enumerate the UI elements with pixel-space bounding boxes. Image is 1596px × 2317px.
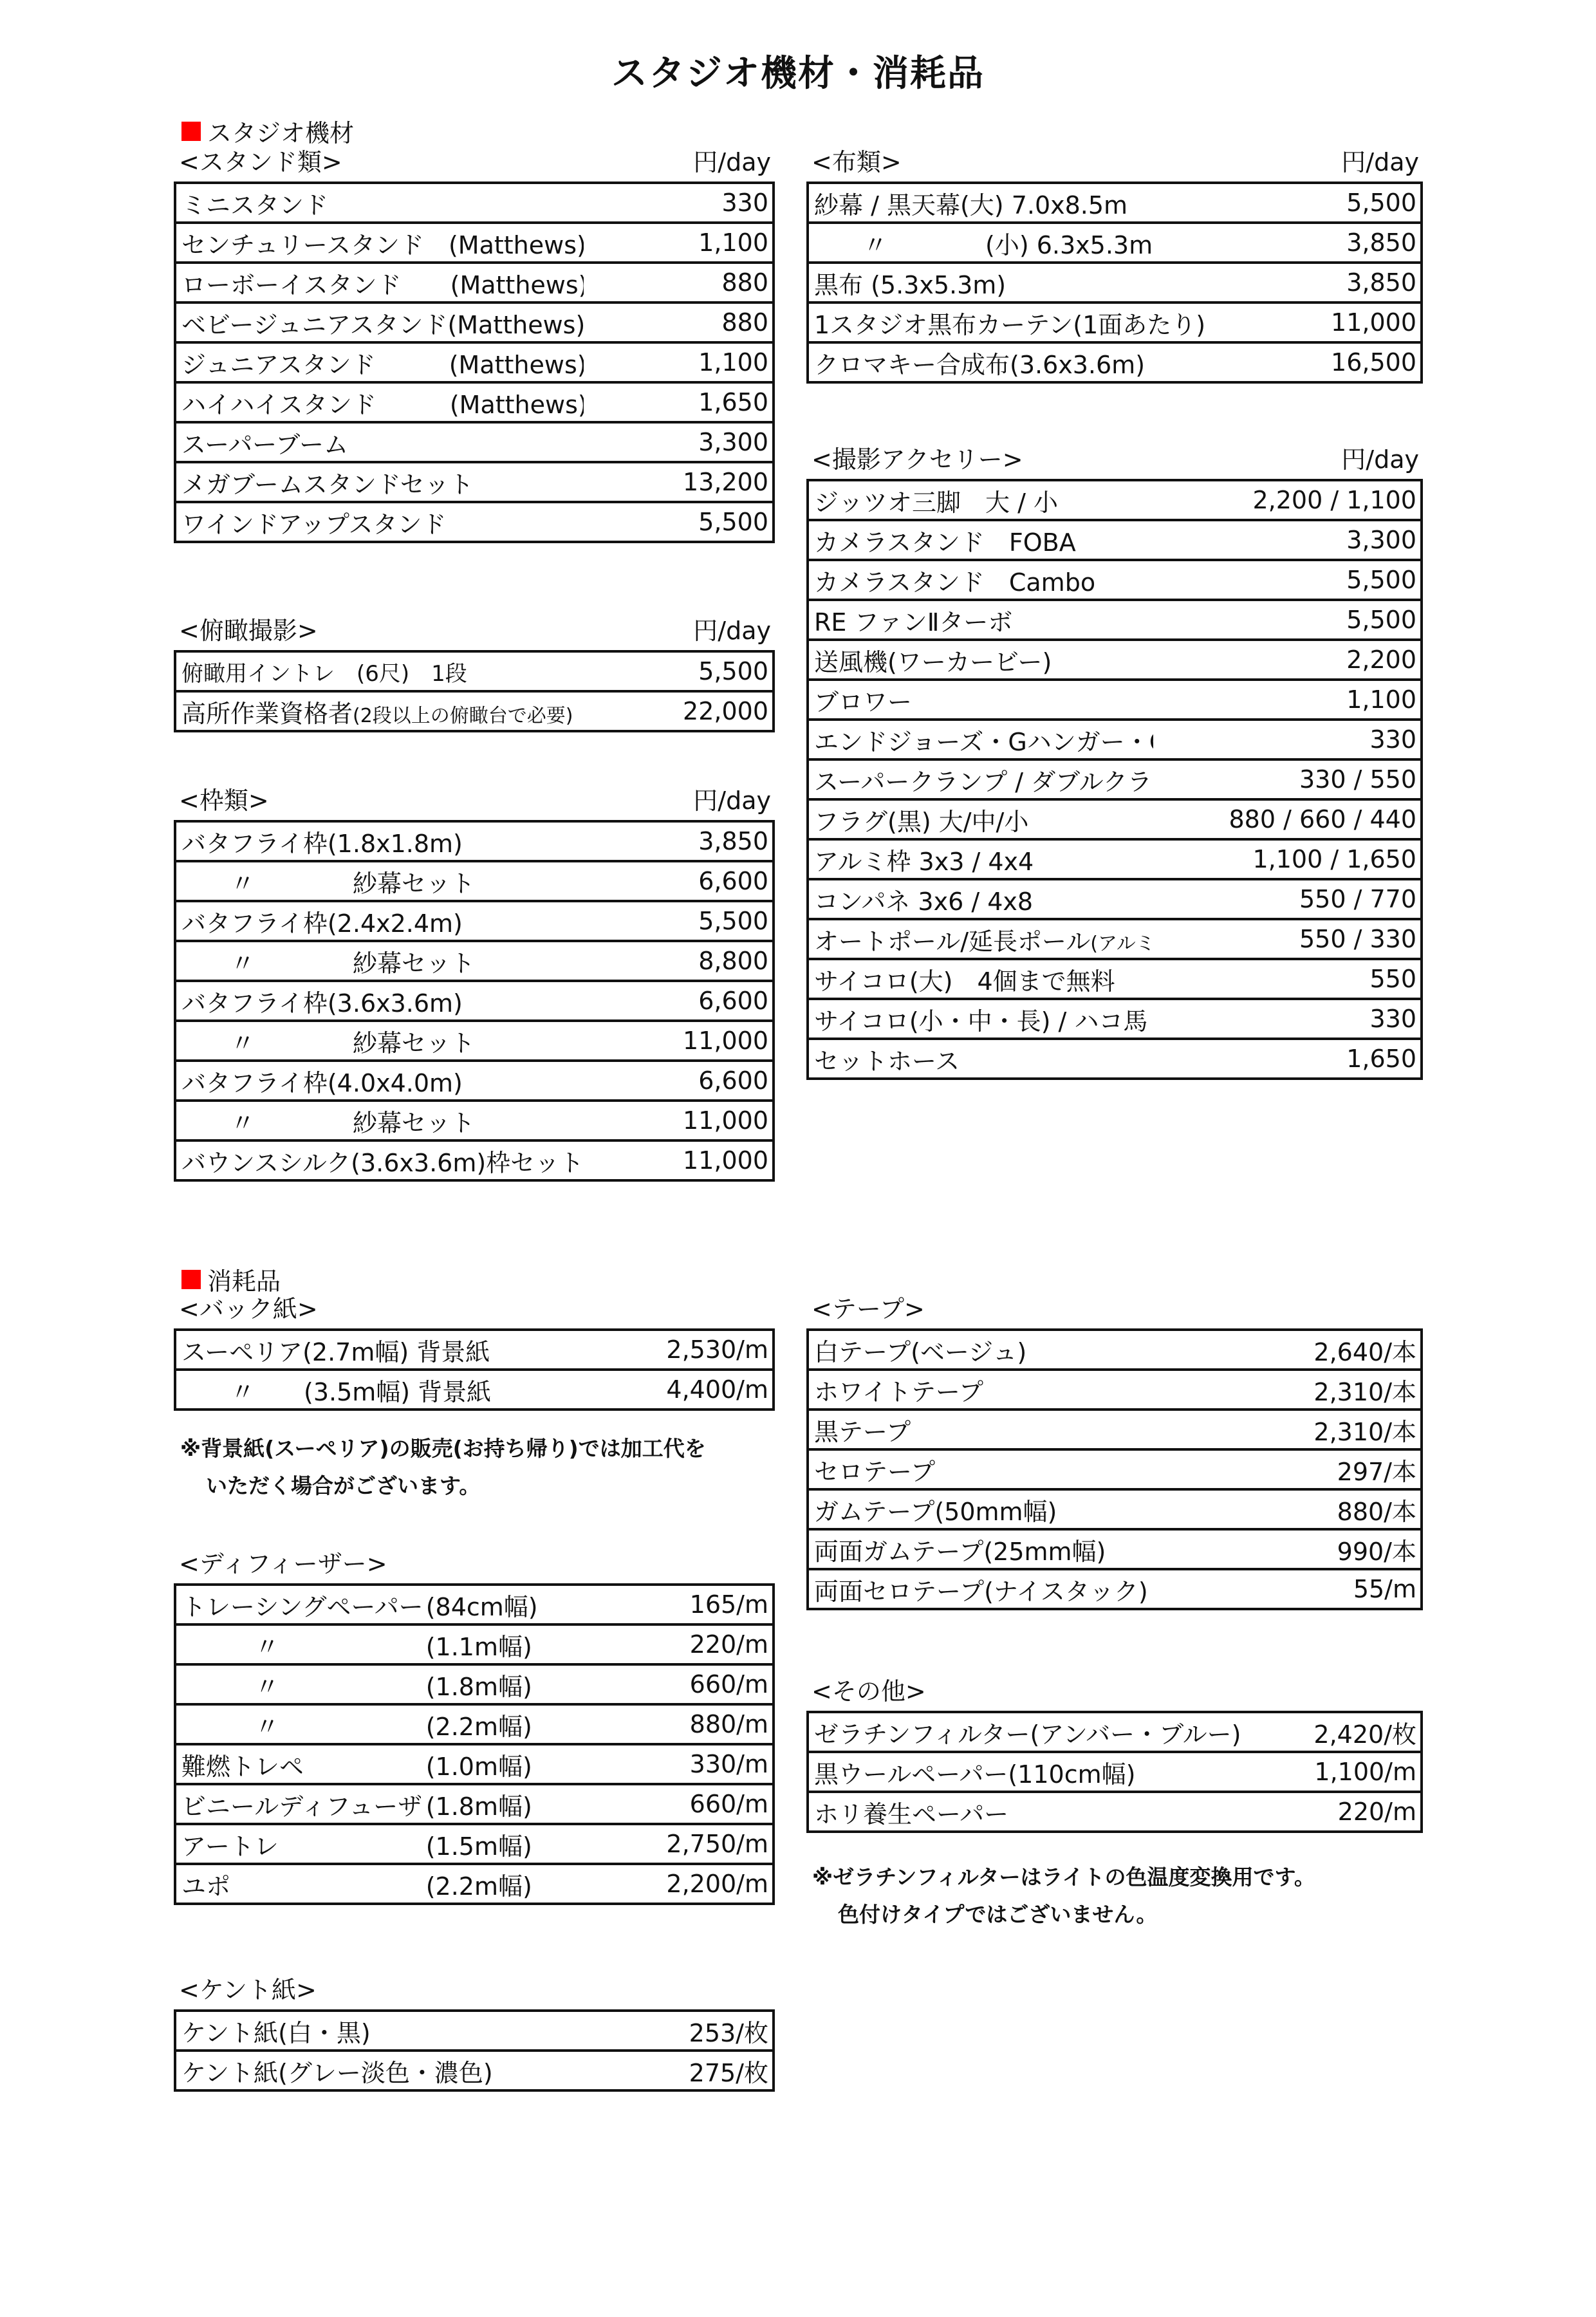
item-price: 880 bbox=[584, 302, 774, 342]
item-name: 〃 bbox=[175, 1704, 421, 1744]
table-row: フラグ(黒) 大/中/小880 / 660 / 440 bbox=[808, 799, 1422, 839]
table-heading: <その他> bbox=[812, 1671, 926, 1707]
table-row: セットホース1,650 bbox=[808, 1039, 1422, 1079]
item-name: バタフライ枠(2.4x2.4m) bbox=[175, 901, 584, 941]
unit-label: 円/day bbox=[1341, 142, 1419, 178]
table-row: RE ファンⅡターボ5,500 bbox=[808, 600, 1422, 640]
table-header: <枠類> 円/day bbox=[174, 786, 775, 820]
item-price: 5,500 bbox=[584, 502, 774, 542]
table-row: 送風機(ワーカービー)2,200 bbox=[808, 640, 1422, 680]
unit-label: 円/day bbox=[693, 781, 771, 816]
item-name: メガブームスタンドセット bbox=[175, 462, 584, 502]
item-name: クロマキー合成布(3.6x3.6m) bbox=[808, 342, 1227, 382]
table-heading: <バック紙> bbox=[179, 1289, 318, 1325]
item-name: スーパークランプ / ダブルクランプ bbox=[808, 759, 1153, 799]
table-row: ベビージュニアスタンド(Matthews)880 bbox=[175, 302, 774, 342]
item-price: 11,000 bbox=[584, 1140, 774, 1180]
frames-block: <枠類> 円/day バタフライ枠(1.8x1.8m)3,850 〃 紗幕セット… bbox=[174, 786, 775, 1182]
item-price: 5,500 bbox=[1227, 183, 1422, 223]
table-heading: <布類> bbox=[812, 142, 902, 178]
table-row: 〃 紗幕セット11,000 bbox=[175, 1101, 774, 1140]
table-row: クロマキー合成布(3.6x3.6m)16,500 bbox=[808, 342, 1422, 382]
item-price: 6,600 bbox=[584, 1061, 774, 1101]
item-price: 880 bbox=[584, 263, 774, 302]
item-price: 2,200 / 1,100 bbox=[1153, 480, 1422, 520]
item-price: 330 / 550 bbox=[1153, 759, 1422, 799]
item-price: 6,600 bbox=[584, 981, 774, 1021]
item-name: サイコロ(小・中・長) / ハコ馬 4個まで無料 bbox=[808, 999, 1153, 1039]
item-name: バタフライ枠(4.0x4.0m) bbox=[175, 1061, 584, 1101]
item-price: 1,650 bbox=[584, 382, 774, 422]
item-price: 330 bbox=[584, 183, 774, 223]
table-header: <俯瞰撮影> 円/day bbox=[174, 617, 775, 650]
item-name: ジュニアスタンド (Matthews) bbox=[175, 342, 584, 382]
table-row: カメラスタンド Cambo5,500 bbox=[808, 560, 1422, 600]
item-size: (84cm幅) bbox=[421, 1585, 592, 1624]
table-row: スーパーブーム3,300 bbox=[175, 422, 774, 462]
table-row: ケント紙(グレー淡色・濃色)275/枚 bbox=[175, 2051, 774, 2090]
table-row: 高所作業資格者(2段以上の俯瞰台で必要)22,000 bbox=[175, 691, 774, 731]
item-name: ベビージュニアスタンド(Matthews) bbox=[175, 302, 584, 342]
tape-block: <テープ> 白テープ(ベージュ)2,640/本 ホワイトテープ2,310/本 黒… bbox=[806, 1295, 1423, 1610]
item-price: 5,500 bbox=[1153, 560, 1422, 600]
table-heading: <スタンド類> bbox=[179, 142, 342, 178]
table-header: <ケント紙> bbox=[174, 1976, 775, 2009]
item-name-note: (2段以上の俯瞰台で必要) bbox=[353, 705, 573, 727]
table-row: ホリ養生ペーパー220/m bbox=[808, 1792, 1422, 1832]
table-header: <ディフィーザー> bbox=[174, 1550, 775, 1583]
note-line: いただく場合がございます。 bbox=[180, 1467, 706, 1505]
item-name: ジッツオ三脚 大 / 小 bbox=[808, 480, 1153, 520]
item-name: 白テープ(ベージュ) bbox=[808, 1330, 1227, 1370]
item-price: 330 bbox=[1153, 720, 1422, 759]
item-name: 〃 紗幕セット bbox=[175, 861, 584, 901]
table-row: ハイハイスタンド (Matthews)1,650 bbox=[175, 382, 774, 422]
item-name-main: 高所作業資格者 bbox=[181, 700, 353, 728]
item-price: 1,100 / 1,650 bbox=[1153, 839, 1422, 879]
item-price: 220/m bbox=[592, 1624, 774, 1664]
page-title: スタジオ機材・消耗品 bbox=[0, 45, 1596, 97]
item-price: 55/m bbox=[1227, 1569, 1422, 1609]
table-header: <バック紙> bbox=[174, 1295, 775, 1328]
item-name: 両面ガムテープ(25mm幅) bbox=[808, 1529, 1227, 1569]
frames-table: バタフライ枠(1.8x1.8m)3,850 〃 紗幕セット6,600 バタフライ… bbox=[174, 820, 775, 1182]
table-row: ワインドアップスタンド5,500 bbox=[175, 502, 774, 542]
table-row: エンドジョーズ・Gハンガー・Cクランプ330 bbox=[808, 720, 1422, 759]
item-price: 550 / 770 bbox=[1153, 879, 1422, 919]
item-price: 253/枚 bbox=[584, 2011, 774, 2051]
tape-table: 白テープ(ベージュ)2,640/本 ホワイトテープ2,310/本 黒テープ2,3… bbox=[806, 1328, 1423, 1610]
item-name: 黒ウールペーパー(110cm幅) bbox=[808, 1752, 1288, 1792]
item-name: セットホース bbox=[808, 1039, 1153, 1079]
table-row: ジッツオ三脚 大 / 小2,200 / 1,100 bbox=[808, 480, 1422, 520]
item-price: 990/本 bbox=[1227, 1529, 1422, 1569]
item-size: (1.8m幅) bbox=[421, 1664, 592, 1704]
item-name-note: (アルミ2m) bbox=[1090, 933, 1153, 955]
table-heading: <テープ> bbox=[812, 1289, 925, 1325]
table-row: ブロワー1,100 bbox=[808, 680, 1422, 720]
red-square-marker-icon bbox=[181, 1270, 201, 1289]
item-name: コンパネ 3x6 / 4x8 bbox=[808, 879, 1153, 919]
item-name: ユポ bbox=[175, 1864, 421, 1904]
item-price: 4,400/m bbox=[584, 1370, 774, 1410]
table-row: 〃 (小) 6.3x5.3m3,850 bbox=[808, 223, 1422, 263]
item-name: 難燃トレペ bbox=[175, 1744, 421, 1784]
item-name: アートレ bbox=[175, 1824, 421, 1864]
backpaper-table: スーペリア(2.7m幅) 背景紙2,530/m 〃 (3.5m幅) 背景紙4,4… bbox=[174, 1328, 775, 1411]
table-row: アートレ(1.5m幅)2,750/m bbox=[175, 1824, 774, 1864]
item-price: 660/m bbox=[592, 1784, 774, 1824]
item-name: 1スタジオ黒布カーテン(1面あたり) bbox=[808, 302, 1227, 342]
item-size: (1.8m幅) bbox=[421, 1784, 592, 1824]
unit-label: 円/day bbox=[693, 611, 771, 646]
table-row: ユポ(2.2m幅)2,200/m bbox=[175, 1864, 774, 1904]
item-name: 紗幕 / 黒天幕(大) 7.0x8.5m bbox=[808, 183, 1227, 223]
accessories-block: <撮影アクセリー> 円/day ジッツオ三脚 大 / 小2,200 / 1,10… bbox=[806, 445, 1423, 1080]
item-price: 2,420/枚 bbox=[1288, 1712, 1422, 1752]
table-row: 難燃トレペ(1.0m幅)330/m bbox=[175, 1744, 774, 1784]
item-price: 2,310/本 bbox=[1227, 1370, 1422, 1410]
item-name: 〃 (3.5m幅) 背景紙 bbox=[175, 1370, 584, 1410]
table-row: スーペリア(2.7m幅) 背景紙2,530/m bbox=[175, 1330, 774, 1370]
table-row: 紗幕 / 黒天幕(大) 7.0x8.5m5,500 bbox=[808, 183, 1422, 223]
table-row: 白テープ(ベージュ)2,640/本 bbox=[808, 1330, 1422, 1370]
item-size: (1.1m幅) bbox=[421, 1624, 592, 1664]
table-row: 黒テープ2,310/本 bbox=[808, 1410, 1422, 1449]
item-price: 1,100 bbox=[584, 342, 774, 382]
item-name: RE ファンⅡターボ bbox=[808, 600, 1153, 640]
item-price: 880/m bbox=[592, 1704, 774, 1744]
item-name: ローボーイスタンド (Matthews) bbox=[175, 263, 584, 302]
item-price: 3,300 bbox=[584, 422, 774, 462]
table-row: ローボーイスタンド (Matthews)880 bbox=[175, 263, 774, 302]
table-row: 黒ウールペーパー(110cm幅)1,100/m bbox=[808, 1752, 1422, 1792]
accessories-table: ジッツオ三脚 大 / 小2,200 / 1,100 カメラスタンド FOBA3,… bbox=[806, 479, 1423, 1080]
item-price: 880 / 660 / 440 bbox=[1153, 799, 1422, 839]
item-name: スーペリア(2.7m幅) 背景紙 bbox=[175, 1330, 584, 1370]
overhead-table: 俯瞰用イントレ (6尺) 1段5,500 高所作業資格者(2段以上の俯瞰台で必要… bbox=[174, 650, 775, 732]
table-row: ケント紙(白・黒)253/枚 bbox=[175, 2011, 774, 2051]
item-price: 2,200 bbox=[1153, 640, 1422, 680]
item-price: 275/枚 bbox=[584, 2051, 774, 2090]
table-row: セロテープ297/本 bbox=[808, 1449, 1422, 1489]
table-header: <その他> bbox=[806, 1677, 1423, 1711]
item-name: スーパーブーム bbox=[175, 422, 584, 462]
table-row: 〃 紗幕セット8,800 bbox=[175, 941, 774, 981]
item-name: カメラスタンド FOBA bbox=[808, 520, 1153, 560]
overhead-block: <俯瞰撮影> 円/day 俯瞰用イントレ (6尺) 1段5,500 高所作業資格… bbox=[174, 617, 775, 732]
table-row: ジュニアスタンド (Matthews)1,100 bbox=[175, 342, 774, 382]
item-name: アルミ枠 3x3 / 4x4 bbox=[808, 839, 1153, 879]
table-row: 俯瞰用イントレ (6尺) 1段5,500 bbox=[175, 651, 774, 691]
table-row: サイコロ(大) 4個まで無料550 bbox=[808, 959, 1422, 999]
item-price: 1,100 bbox=[584, 223, 774, 263]
item-price: 220/m bbox=[1288, 1792, 1422, 1832]
item-price: 3,850 bbox=[584, 821, 774, 861]
table-heading: <ディフィーザー> bbox=[179, 1544, 387, 1579]
table-header: <撮影アクセリー> 円/day bbox=[806, 445, 1423, 479]
item-price: 8,800 bbox=[584, 941, 774, 981]
diffuser-block: <ディフィーザー> トレーシングペーパー(84cm幅)165/m 〃(1.1m幅… bbox=[174, 1550, 775, 1905]
item-price: 5,500 bbox=[584, 901, 774, 941]
table-row: 〃(1.8m幅)660/m bbox=[175, 1664, 774, 1704]
table-row: オートポール/延長ポール(アルミ2m)550 / 330 bbox=[808, 919, 1422, 959]
item-name: 〃 bbox=[175, 1664, 421, 1704]
diffuser-table: トレーシングペーパー(84cm幅)165/m 〃(1.1m幅)220/m 〃(1… bbox=[174, 1583, 775, 1905]
item-price: 1,100/m bbox=[1288, 1752, 1422, 1792]
table-row: 〃 紗幕セット11,000 bbox=[175, 1021, 774, 1061]
table-row: バタフライ枠(3.6x3.6m)6,600 bbox=[175, 981, 774, 1021]
table-row: 〃(2.2m幅)880/m bbox=[175, 1704, 774, 1744]
item-price: 6,600 bbox=[584, 861, 774, 901]
item-name: ブロワー bbox=[808, 680, 1153, 720]
item-price: 11,000 bbox=[584, 1101, 774, 1140]
table-row: コンパネ 3x6 / 4x8550 / 770 bbox=[808, 879, 1422, 919]
item-name: 〃 紗幕セット bbox=[175, 1101, 584, 1140]
item-price: 2,310/本 bbox=[1227, 1410, 1422, 1449]
table-header: <スタンド類> 円/day bbox=[174, 148, 775, 181]
table-row: メガブームスタンドセット13,200 bbox=[175, 462, 774, 502]
other-table: ゼラチンフィルター(アンバー・ブルー)2,420/枚 黒ウールペーパー(110c… bbox=[806, 1711, 1423, 1833]
table-row: ミニスタンド330 bbox=[175, 183, 774, 223]
item-price: 3,850 bbox=[1227, 223, 1422, 263]
note-line: ※背景紙(スーペリア)の販売(お持ち帰り)では加工代を bbox=[180, 1436, 706, 1461]
item-name: 〃 bbox=[175, 1624, 421, 1664]
item-name: バウンスシルク(3.6x3.6m)枠セット bbox=[175, 1140, 584, 1180]
item-name: ハイハイスタンド (Matthews) bbox=[175, 382, 584, 422]
table-row: センチュリースタンド (Matthews)1,100 bbox=[175, 223, 774, 263]
item-price: 550 / 330 bbox=[1153, 919, 1422, 959]
table-row: 〃(1.1m幅)220/m bbox=[175, 1624, 774, 1664]
item-name: 送風機(ワーカービー) bbox=[808, 640, 1153, 680]
kent-block: <ケント紙> ケント紙(白・黒)253/枚 ケント紙(グレー淡色・濃色)275/… bbox=[174, 1976, 775, 2092]
item-size: (2.2m幅) bbox=[421, 1704, 592, 1744]
item-name: センチュリースタンド (Matthews) bbox=[175, 223, 584, 263]
item-size: (1.0m幅) bbox=[421, 1744, 592, 1784]
table-row: 両面ガムテープ(25mm幅)990/本 bbox=[808, 1529, 1422, 1569]
table-row: バウンスシルク(3.6x3.6m)枠セット11,000 bbox=[175, 1140, 774, 1180]
item-price: 2,750/m bbox=[592, 1824, 774, 1864]
item-price: 2,530/m bbox=[584, 1330, 774, 1370]
item-name: 両面セロテープ(ナイスタック) bbox=[808, 1569, 1227, 1609]
table-row: バタフライ枠(1.8x1.8m)3,850 bbox=[175, 821, 774, 861]
table-row: ガムテープ(50mm幅)880/本 bbox=[808, 1489, 1422, 1529]
item-price: 880/本 bbox=[1227, 1489, 1422, 1529]
note-line: 色付けタイプではございません。 bbox=[812, 1896, 1315, 1933]
red-square-marker-icon bbox=[181, 122, 201, 141]
item-price: 11,000 bbox=[584, 1021, 774, 1061]
item-price: 3,850 bbox=[1227, 263, 1422, 302]
item-price: 550 bbox=[1153, 959, 1422, 999]
item-price: 22,000 bbox=[584, 691, 774, 731]
table-header: <布類> 円/day bbox=[806, 148, 1423, 181]
item-name: 〃 (小) 6.3x5.3m bbox=[808, 223, 1227, 263]
table-row: 1スタジオ黒布カーテン(1面あたり)11,000 bbox=[808, 302, 1422, 342]
item-name: バタフライ枠(1.8x1.8m) bbox=[175, 821, 584, 861]
fabrics-table: 紗幕 / 黒天幕(大) 7.0x8.5m5,500 〃 (小) 6.3x5.3m… bbox=[806, 181, 1423, 384]
item-price: 330/m bbox=[592, 1744, 774, 1784]
backpaper-note: ※背景紙(スーペリア)の販売(お持ち帰り)では加工代を いただく場合がございます… bbox=[180, 1430, 706, 1505]
item-name: 高所作業資格者(2段以上の俯瞰台で必要) bbox=[175, 691, 584, 731]
gel-filter-note: ※ゼラチンフィルターはライトの色温度変換用です。 色付けタイプではございません。 bbox=[812, 1859, 1315, 1933]
table-heading: <枠類> bbox=[179, 781, 269, 816]
table-heading: <俯瞰撮影> bbox=[179, 611, 318, 646]
item-name: ビニールディフューザー bbox=[175, 1784, 421, 1824]
item-name: ケント紙(グレー淡色・濃色) bbox=[175, 2051, 584, 2090]
table-row: バタフライ枠(2.4x2.4m)5,500 bbox=[175, 901, 774, 941]
item-price: 13,200 bbox=[584, 462, 774, 502]
item-name-main: オートポール/延長ポール bbox=[814, 927, 1090, 956]
table-row: アルミ枠 3x3 / 4x41,100 / 1,650 bbox=[808, 839, 1422, 879]
other-block: <その他> ゼラチンフィルター(アンバー・ブルー)2,420/枚 黒ウールペーパ… bbox=[806, 1677, 1423, 1833]
table-row: 〃 (3.5m幅) 背景紙4,400/m bbox=[175, 1370, 774, 1410]
item-price: 297/本 bbox=[1227, 1449, 1422, 1489]
item-name: カメラスタンド Cambo bbox=[808, 560, 1153, 600]
kent-table: ケント紙(白・黒)253/枚 ケント紙(グレー淡色・濃色)275/枚 bbox=[174, 2009, 775, 2092]
item-price: 330 bbox=[1153, 999, 1422, 1039]
item-price: 5,500 bbox=[584, 651, 774, 691]
unit-label: 円/day bbox=[1341, 440, 1419, 475]
item-price: 2,640/本 bbox=[1227, 1330, 1422, 1370]
table-header: <テープ> bbox=[806, 1295, 1423, 1328]
item-price: 5,500 bbox=[1153, 600, 1422, 640]
item-price: 2,200/m bbox=[592, 1864, 774, 1904]
item-price: 3,300 bbox=[1153, 520, 1422, 560]
table-row: スーパークランプ / ダブルクランプ330 / 550 bbox=[808, 759, 1422, 799]
stands-block: <スタンド類> 円/day ミニスタンド330 センチュリースタンド (Matt… bbox=[174, 148, 775, 543]
item-name: 俯瞰用イントレ (6尺) 1段 bbox=[175, 651, 584, 691]
item-name: バタフライ枠(3.6x3.6m) bbox=[175, 981, 584, 1021]
item-price: 660/m bbox=[592, 1664, 774, 1704]
item-name: エンドジョーズ・Gハンガー・Cクランプ bbox=[808, 720, 1153, 759]
item-name: ゼラチンフィルター(アンバー・ブルー) bbox=[808, 1712, 1288, 1752]
table-heading: <撮影アクセリー> bbox=[812, 440, 1023, 475]
item-price: 1,100 bbox=[1153, 680, 1422, 720]
item-size: (1.5m幅) bbox=[421, 1824, 592, 1864]
item-name: ワインドアップスタンド bbox=[175, 502, 584, 542]
item-name: トレーシングペーパー bbox=[175, 1585, 421, 1624]
item-name: 〃 紗幕セット bbox=[175, 941, 584, 981]
table-row: サイコロ(小・中・長) / ハコ馬 4個まで無料330 bbox=[808, 999, 1422, 1039]
item-name: ホワイトテープ bbox=[808, 1370, 1227, 1410]
table-row: 黒布 (5.3x5.3m)3,850 bbox=[808, 263, 1422, 302]
item-name: ホリ養生ペーパー bbox=[808, 1792, 1288, 1832]
item-name: 黒布 (5.3x5.3m) bbox=[808, 263, 1227, 302]
item-name: セロテープ bbox=[808, 1449, 1227, 1489]
item-name: ミニスタンド bbox=[175, 183, 584, 223]
item-name: 黒テープ bbox=[808, 1410, 1227, 1449]
item-price: 16,500 bbox=[1227, 342, 1422, 382]
item-name: 〃 紗幕セット bbox=[175, 1021, 584, 1061]
item-price: 11,000 bbox=[1227, 302, 1422, 342]
table-row: 〃 紗幕セット6,600 bbox=[175, 861, 774, 901]
table-row: カメラスタンド FOBA3,300 bbox=[808, 520, 1422, 560]
item-name: サイコロ(大) 4個まで無料 bbox=[808, 959, 1153, 999]
note-line: ※ゼラチンフィルターはライトの色温度変換用です。 bbox=[812, 1865, 1315, 1890]
table-row: ゼラチンフィルター(アンバー・ブルー)2,420/枚 bbox=[808, 1712, 1422, 1752]
item-price: 165/m bbox=[592, 1585, 774, 1624]
table-row: トレーシングペーパー(84cm幅)165/m bbox=[175, 1585, 774, 1624]
table-row: ホワイトテープ2,310/本 bbox=[808, 1370, 1422, 1410]
fabrics-block: <布類> 円/day 紗幕 / 黒天幕(大) 7.0x8.5m5,500 〃 (… bbox=[806, 148, 1423, 384]
table-row: ビニールディフューザー(1.8m幅)660/m bbox=[175, 1784, 774, 1824]
item-name: ケント紙(白・黒) bbox=[175, 2011, 584, 2051]
unit-label: 円/day bbox=[693, 142, 771, 178]
item-name: ガムテープ(50mm幅) bbox=[808, 1489, 1227, 1529]
table-heading: <ケント紙> bbox=[179, 1970, 317, 2005]
item-name: フラグ(黒) 大/中/小 bbox=[808, 799, 1153, 839]
item-size: (2.2m幅) bbox=[421, 1864, 592, 1904]
item-name: オートポール/延長ポール(アルミ2m) bbox=[808, 919, 1153, 959]
stands-table: ミニスタンド330 センチュリースタンド (Matthews)1,100 ローボ… bbox=[174, 181, 775, 543]
table-row: 両面セロテープ(ナイスタック)55/m bbox=[808, 1569, 1422, 1609]
backpaper-block: <バック紙> スーペリア(2.7m幅) 背景紙2,530/m 〃 (3.5m幅)… bbox=[174, 1295, 775, 1411]
item-price: 1,650 bbox=[1153, 1039, 1422, 1079]
table-row: バタフライ枠(4.0x4.0m)6,600 bbox=[175, 1061, 774, 1101]
